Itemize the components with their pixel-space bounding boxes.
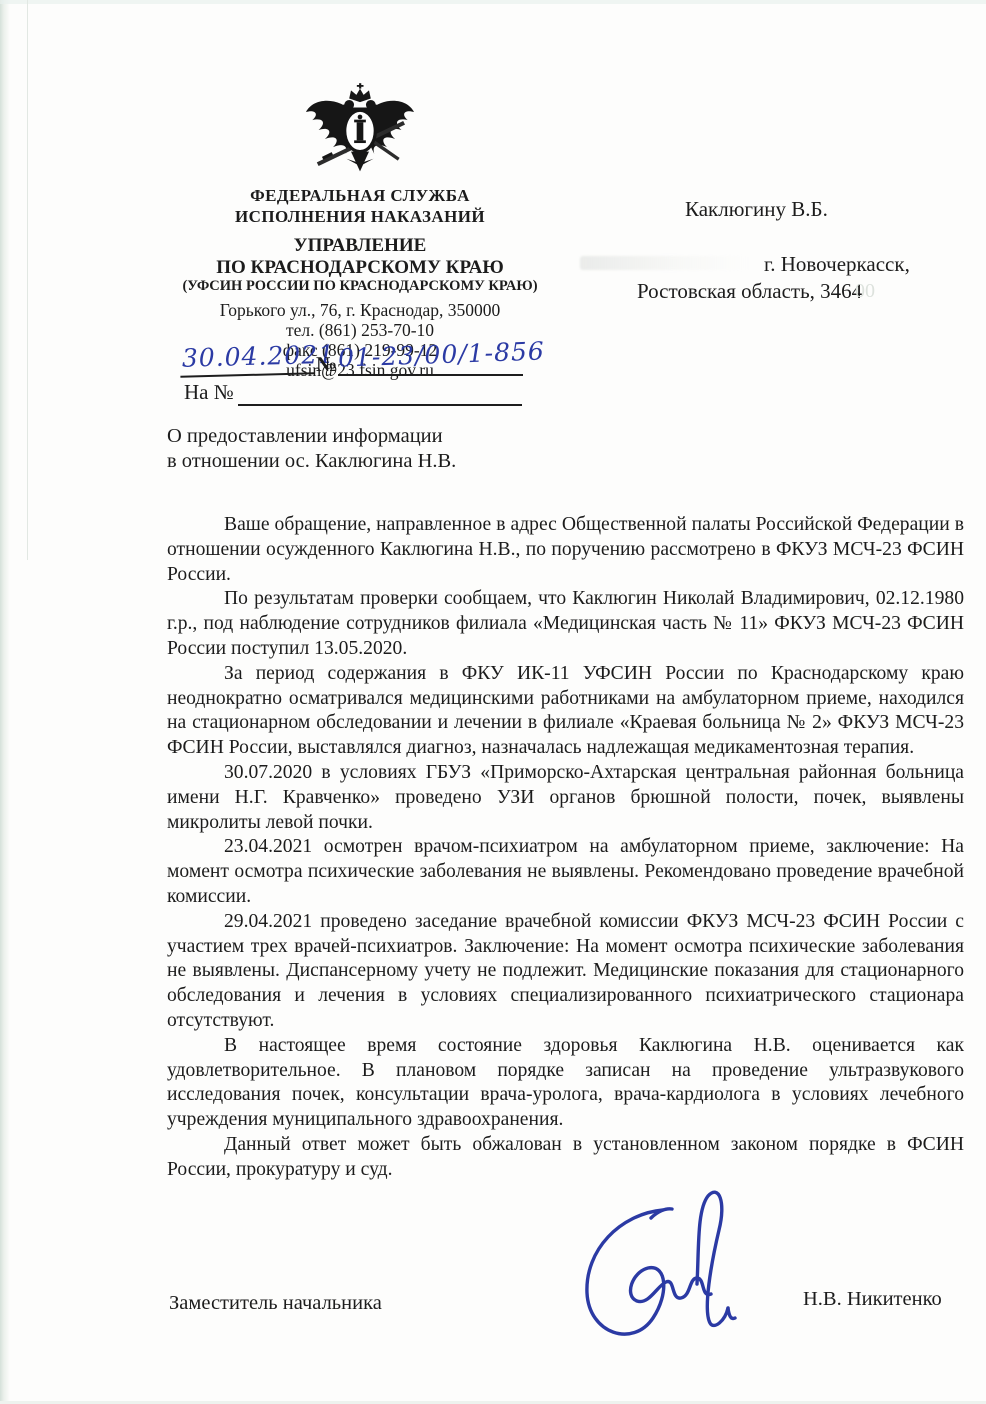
dept-name-line1: УПРАВЛЕНИЕ xyxy=(150,235,570,256)
number-sign-label: № xyxy=(316,352,337,377)
paragraph: Ваше обращение, направленное в адрес Общ… xyxy=(167,513,964,587)
paragraph: 30.07.2020 в условиях ГБУЗ «Приморско-Ах… xyxy=(167,761,964,835)
outgoing-date-field: 30.04.2021 xyxy=(180,342,315,377)
paragraph: 29.04.2021 проведено заседание врачебной… xyxy=(167,910,964,1034)
subject-line1: О предоставлении информации xyxy=(167,424,456,449)
outgoing-number-field: 01-23/00/1-856 xyxy=(338,344,523,376)
letterhead-address: Горького ул., 76, г. Краснодар, 350000 xyxy=(150,300,570,320)
org-name-line2: ИСПОЛНЕНИЯ НАКАЗАНИЙ xyxy=(150,208,570,227)
dept-name-line2: ПО КРАСНОДАРСКОМУ КРАЮ xyxy=(150,257,570,278)
reply-to-number-label: На № xyxy=(184,380,234,405)
dept-name-line3: (УФСИН РОССИИ ПО КРАСНОДАРСКОМУ КРАЮ) xyxy=(150,278,570,295)
reply-to-number-blank-line xyxy=(238,404,522,406)
paragraph: 23.04.2021 осмотрен врачом-психиатром на… xyxy=(167,835,964,909)
handwritten-number: 01-23/00/1-856 xyxy=(338,336,546,372)
letter-body: Ваше обращение, направленное в адрес Общ… xyxy=(167,513,964,1183)
scan-edge-top xyxy=(0,0,986,4)
subject-line2: в отношении ос. Каклюгина Н.В. xyxy=(167,449,456,474)
paragraph: В настоящее время состояние здоровья Как… xyxy=(167,1034,964,1133)
recipient-name: Каклюгину В.Б. xyxy=(685,197,828,222)
letterhead: ФЕДЕРАЛЬНАЯ СЛУЖБА ИСПОЛНЕНИЯ НАКАЗАНИЙ … xyxy=(150,80,570,381)
recipient-city: г. Новочеркасск, xyxy=(764,252,910,277)
signer-position-title: Заместитель начальника xyxy=(169,1292,382,1315)
org-name-line1: ФЕДЕРАЛЬНАЯ СЛУЖБА xyxy=(150,187,570,206)
paragraph: За период содержания в ФКУ ИК-11 УФСИН Р… xyxy=(167,662,964,761)
handwritten-signature-icon xyxy=(545,1188,765,1363)
scanned-letter-page: ФЕДЕРАЛЬНАЯ СЛУЖБА ИСПОЛНЕНИЯ НАКАЗАНИЙ … xyxy=(0,0,986,1404)
handwritten-date: 30.04.2021 xyxy=(182,340,336,373)
paper-crease xyxy=(27,0,28,560)
subject-block: О предоставлении информации в отношении … xyxy=(167,424,456,473)
fsin-eagle-emblem-icon xyxy=(297,80,423,180)
recipient-postal-faint: 00 xyxy=(855,280,875,303)
paragraph: По результатам проверки сообщаем, что Ка… xyxy=(167,587,964,661)
scan-edge-left xyxy=(0,0,10,1404)
recipient-region: Ростовская область, 3464 xyxy=(637,279,862,304)
signer-name: Н.В. Никитенко xyxy=(803,1288,942,1311)
paragraph: Данный ответ может быть обжалован в уста… xyxy=(167,1133,964,1183)
redacted-address-smudge xyxy=(580,256,750,270)
